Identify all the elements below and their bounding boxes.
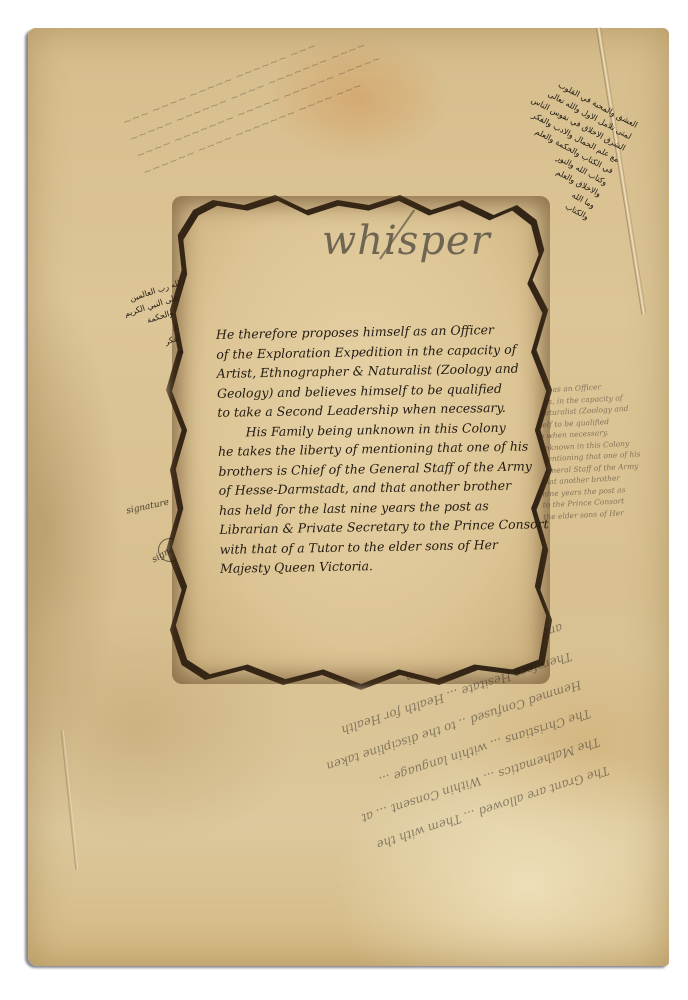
artwork-title: whisper [322,218,502,264]
ghost-letter-right: self as an Officer tion, in the capacity… [536,379,643,522]
handwritten-letter: He therefore proposes himself as an Offi… [216,319,550,578]
